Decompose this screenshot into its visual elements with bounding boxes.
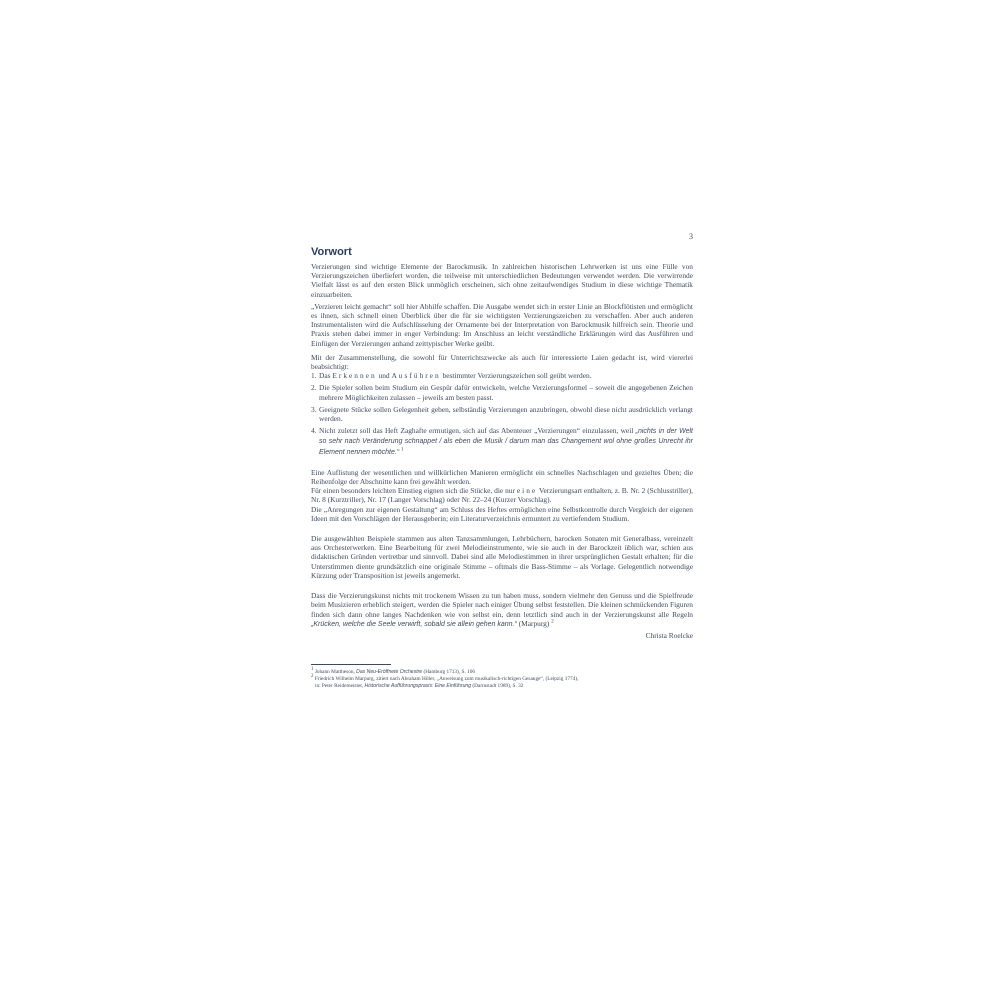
footnotes: 1 Johann Mattheson, Das Neu-Eröffnete Or… [311,669,693,690]
goals-list: 1. Das Erkennen und Ausführen bestimmter… [311,371,693,457]
footnote-ref: 1 [401,447,404,452]
paragraph-intro: Verzierungen sind wichtige Elemente der … [311,262,693,299]
list-item: 4. Nicht zuletzt soll das Heft Zaghafte … [311,426,693,457]
list-item: 2. Die Spieler sollen beim Studium ein G… [311,383,693,401]
paragraph-examples: Die ausgewählten Beispiele stammen aus a… [311,534,693,580]
list-item: 3. Geeignete Stücke sollen Gelegenheit g… [311,405,693,423]
paragraph-suggestions: Die „Anregungen zur eigenen Gestaltung“ … [311,505,693,523]
paragraph-goals-intro: Mit der Zusammenstellung, die sowohl für… [311,353,693,371]
paragraph-easy-start: Für einen besonders leichten Einstieg ei… [311,486,693,504]
author-signature: Christa Roelcke [311,631,693,640]
page-number: 3 [689,232,693,241]
footnote-2-continued: in: Peter Reidemeister, Historische Auff… [311,683,693,690]
list-item: 1. Das Erkennen und Ausführen bestimmter… [311,371,693,380]
marpurg-quote: „Krücken, welche die Seele verwirft, sob… [311,621,517,628]
footnote-ref: 2 [551,619,554,624]
paragraph-closing: Dass die Verzierungskunst nichts mit tro… [311,591,693,629]
document-page: 3 Vorwort Verzierungen sind wichtige Ele… [311,232,693,690]
footnote-divider [311,664,391,665]
paragraph-purpose: „Verzieren leicht gemacht“ soll hier Abh… [311,302,693,348]
paragraph-overview: Eine Auflistung der wesentlichen und wil… [311,468,693,486]
page-title: Vorwort [311,232,693,259]
